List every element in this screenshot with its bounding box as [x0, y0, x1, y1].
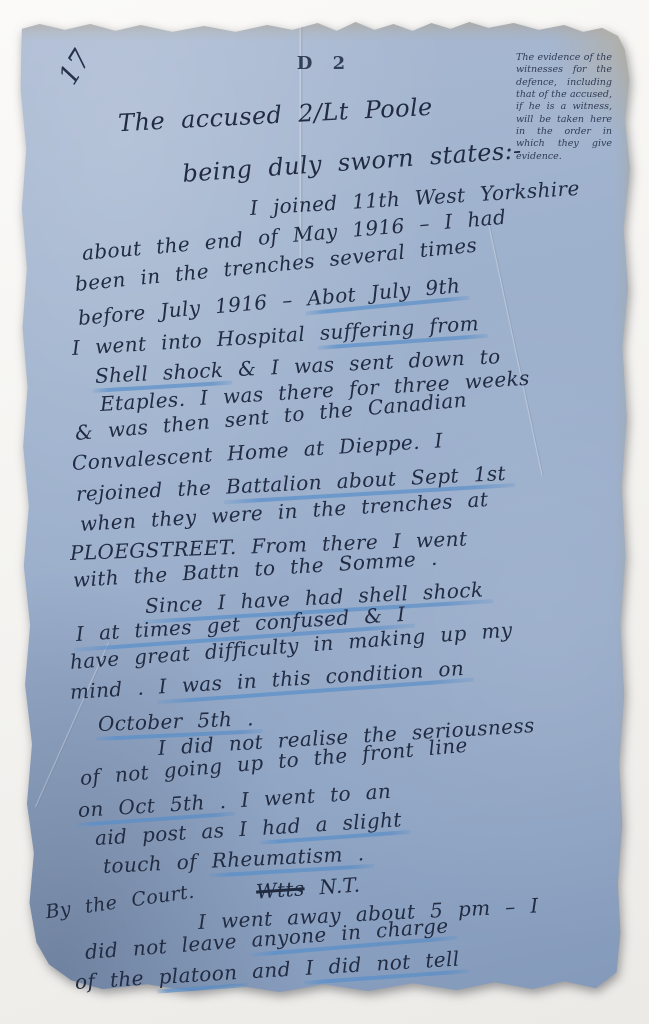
court-initials: N.T. — [318, 872, 361, 899]
statement-line: October 5th . — [98, 708, 254, 734]
worn-edge-left — [8, 20, 22, 1012]
worn-edge-right — [614, 20, 640, 1012]
printed-margin-note: The evidence of the witnesses for the de… — [516, 52, 612, 163]
worn-edge-top — [8, 20, 640, 42]
document-photo: 17 D 2 The evidence of the witnesses for… — [0, 0, 649, 1024]
worn-edge-bottom — [8, 996, 640, 1012]
text-run: of the — [74, 965, 159, 994]
underlined-text: platoon — [158, 960, 238, 989]
underlined-text: Shell shock — [94, 358, 224, 388]
text-run: and — [237, 956, 307, 984]
deleted-word: Wtts — [255, 876, 305, 903]
